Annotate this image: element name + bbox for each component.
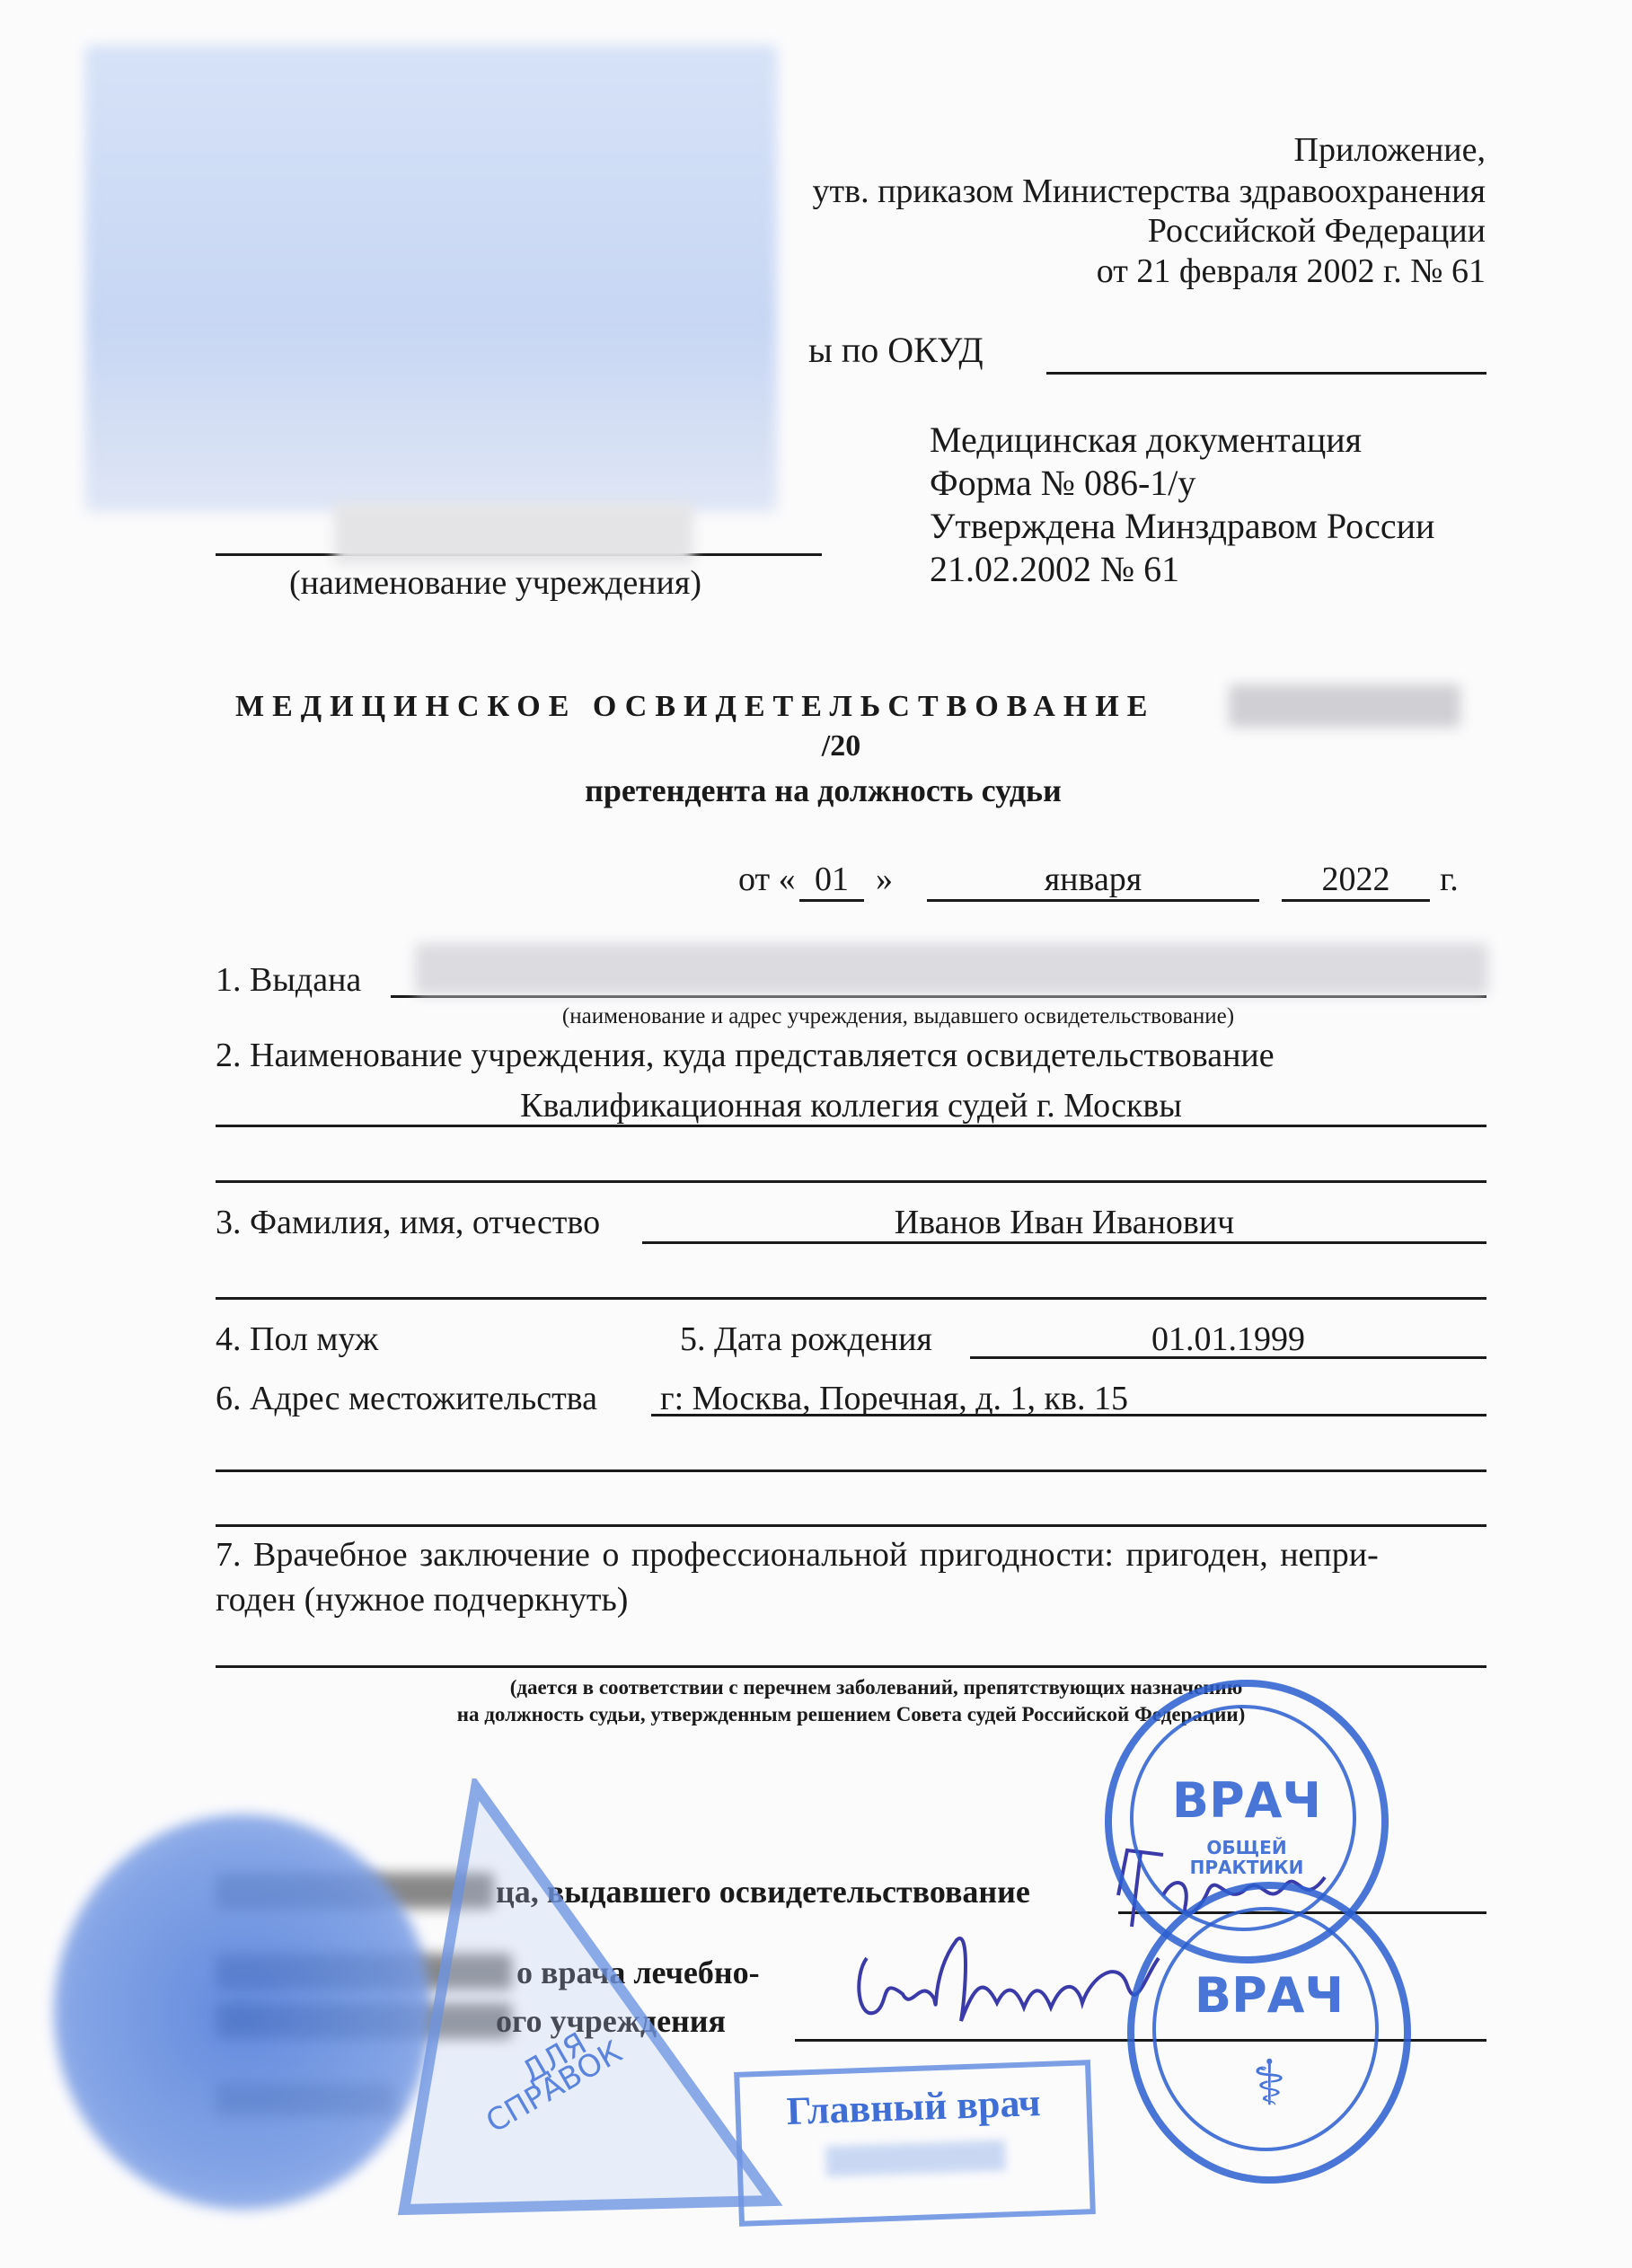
- document-number-suffix: /20: [25, 731, 1632, 762]
- document-title: МЕДИЦИНСКОЕ ОСВИДЕТЕЛЬСТВОВАНИЕ: [235, 692, 1155, 722]
- okud-label: ы по ОКУД: [808, 332, 984, 368]
- appendix-line-3: Российской Федерации: [1148, 214, 1486, 248]
- field-3-label: 3. Фамилия, имя, отчество: [216, 1205, 600, 1240]
- field-5-underline: [970, 1356, 1486, 1359]
- date-year[interactable]: 2022: [1282, 862, 1430, 896]
- doctor-stamp-1-sub: ОБЩЕЙ ПРАКТИКИ: [1175, 1838, 1319, 1877]
- date-close-quote: »: [876, 862, 893, 896]
- field-5-label: 5. Дата рождения: [680, 1322, 932, 1356]
- appendix-line-2: утв. приказом Министерства здравоохранен…: [813, 174, 1486, 208]
- field-3-value[interactable]: Иванов Иван Иванович: [642, 1205, 1486, 1240]
- field-6-address[interactable]: г: Москва, Поречная, д. 1, кв. 15: [660, 1381, 1128, 1416]
- date-day-underline: [799, 899, 864, 902]
- chief-doctor-stamp-title: Главный врач: [740, 2081, 1087, 2132]
- form-info-line-1: Медицинская документация: [930, 422, 1362, 458]
- field-4-gender: 4. Пол муж: [216, 1322, 378, 1356]
- redacted-stamp-name: [825, 2140, 1006, 2177]
- date-month[interactable]: января: [927, 862, 1259, 896]
- okud-field[interactable]: [1046, 372, 1486, 375]
- form-info-line-2: Форма № 086-1/у: [930, 465, 1195, 501]
- date-prefix: от «: [738, 862, 796, 896]
- field-6-line-1: [651, 1414, 1486, 1416]
- appendix-line-4: от 21 февраля 2002 г. № 61: [1097, 254, 1486, 288]
- field-6-label: 6. Адрес местожительства: [216, 1381, 597, 1416]
- field-2-value[interactable]: Квалификационная коллегия судей г. Москв…: [216, 1089, 1486, 1123]
- form-info-line-3: Утверждена Минздравом России: [930, 508, 1434, 544]
- form-info-line-4: 21.02.2002 № 61: [930, 552, 1179, 587]
- date-month-underline: [927, 899, 1259, 902]
- field-7-conclusion-line[interactable]: [216, 1665, 1486, 1668]
- doctor-stamp-2-label: ВРАЧ: [1134, 1972, 1404, 2020]
- field-1-caption: (наименование и адрес учреждения, выдавш…: [305, 1004, 1491, 1029]
- field-7-text-line-2: годен (нужное подчеркнуть): [216, 1583, 628, 1617]
- caduceus-icon: ⚕: [1134, 2046, 1404, 2120]
- field-6-line-2: [216, 1469, 1486, 1472]
- triangle-stamp: ДЛЯ СПРАВОК: [395, 1778, 790, 2228]
- date-year-underline: [1282, 899, 1430, 902]
- field-1-label: 1. Выдана: [216, 963, 361, 997]
- doctor-stamp-1-label: ВРАЧ: [1112, 1777, 1381, 1825]
- field-3-line-1: [642, 1241, 1486, 1244]
- field-7-caption-line-1: (дается в соответствии с перечнем заболе…: [241, 1676, 1512, 1699]
- redacted-round-stamp-left: [54, 1814, 431, 2210]
- field-2-line-2: [216, 1180, 1486, 1183]
- institution-caption: (наименование учреждения): [289, 566, 701, 600]
- redacted-institution-name: [334, 503, 693, 564]
- field-2-label: 2. Наименование учреждения, куда предста…: [216, 1038, 1275, 1072]
- date-suffix: г.: [1440, 862, 1459, 896]
- field-2-line-1: [216, 1125, 1486, 1127]
- document-subtitle: претендента на должность судьи: [7, 774, 1632, 807]
- field-6-line-3: [216, 1524, 1486, 1527]
- redacted-organization-stamp: [85, 45, 777, 512]
- chief-doctor-stamp: Главный врач: [734, 2060, 1096, 2227]
- appendix-line-1: Приложение,: [1294, 133, 1486, 167]
- doctor-stamp-round-2: ВРАЧ ⚕: [1127, 1882, 1411, 2184]
- date-day[interactable]: 01: [799, 862, 864, 896]
- redacted-issuer-address: [415, 943, 1488, 995]
- field-3-line-2: [216, 1297, 1486, 1300]
- redacted-document-number: [1229, 684, 1460, 728]
- field-7-text-line-1: 7. Врачебное заключение о профессиональн…: [216, 1538, 1486, 1572]
- field-5-birthdate[interactable]: 01.01.1999: [970, 1322, 1486, 1356]
- field-1-issued-by[interactable]: [391, 995, 1486, 998]
